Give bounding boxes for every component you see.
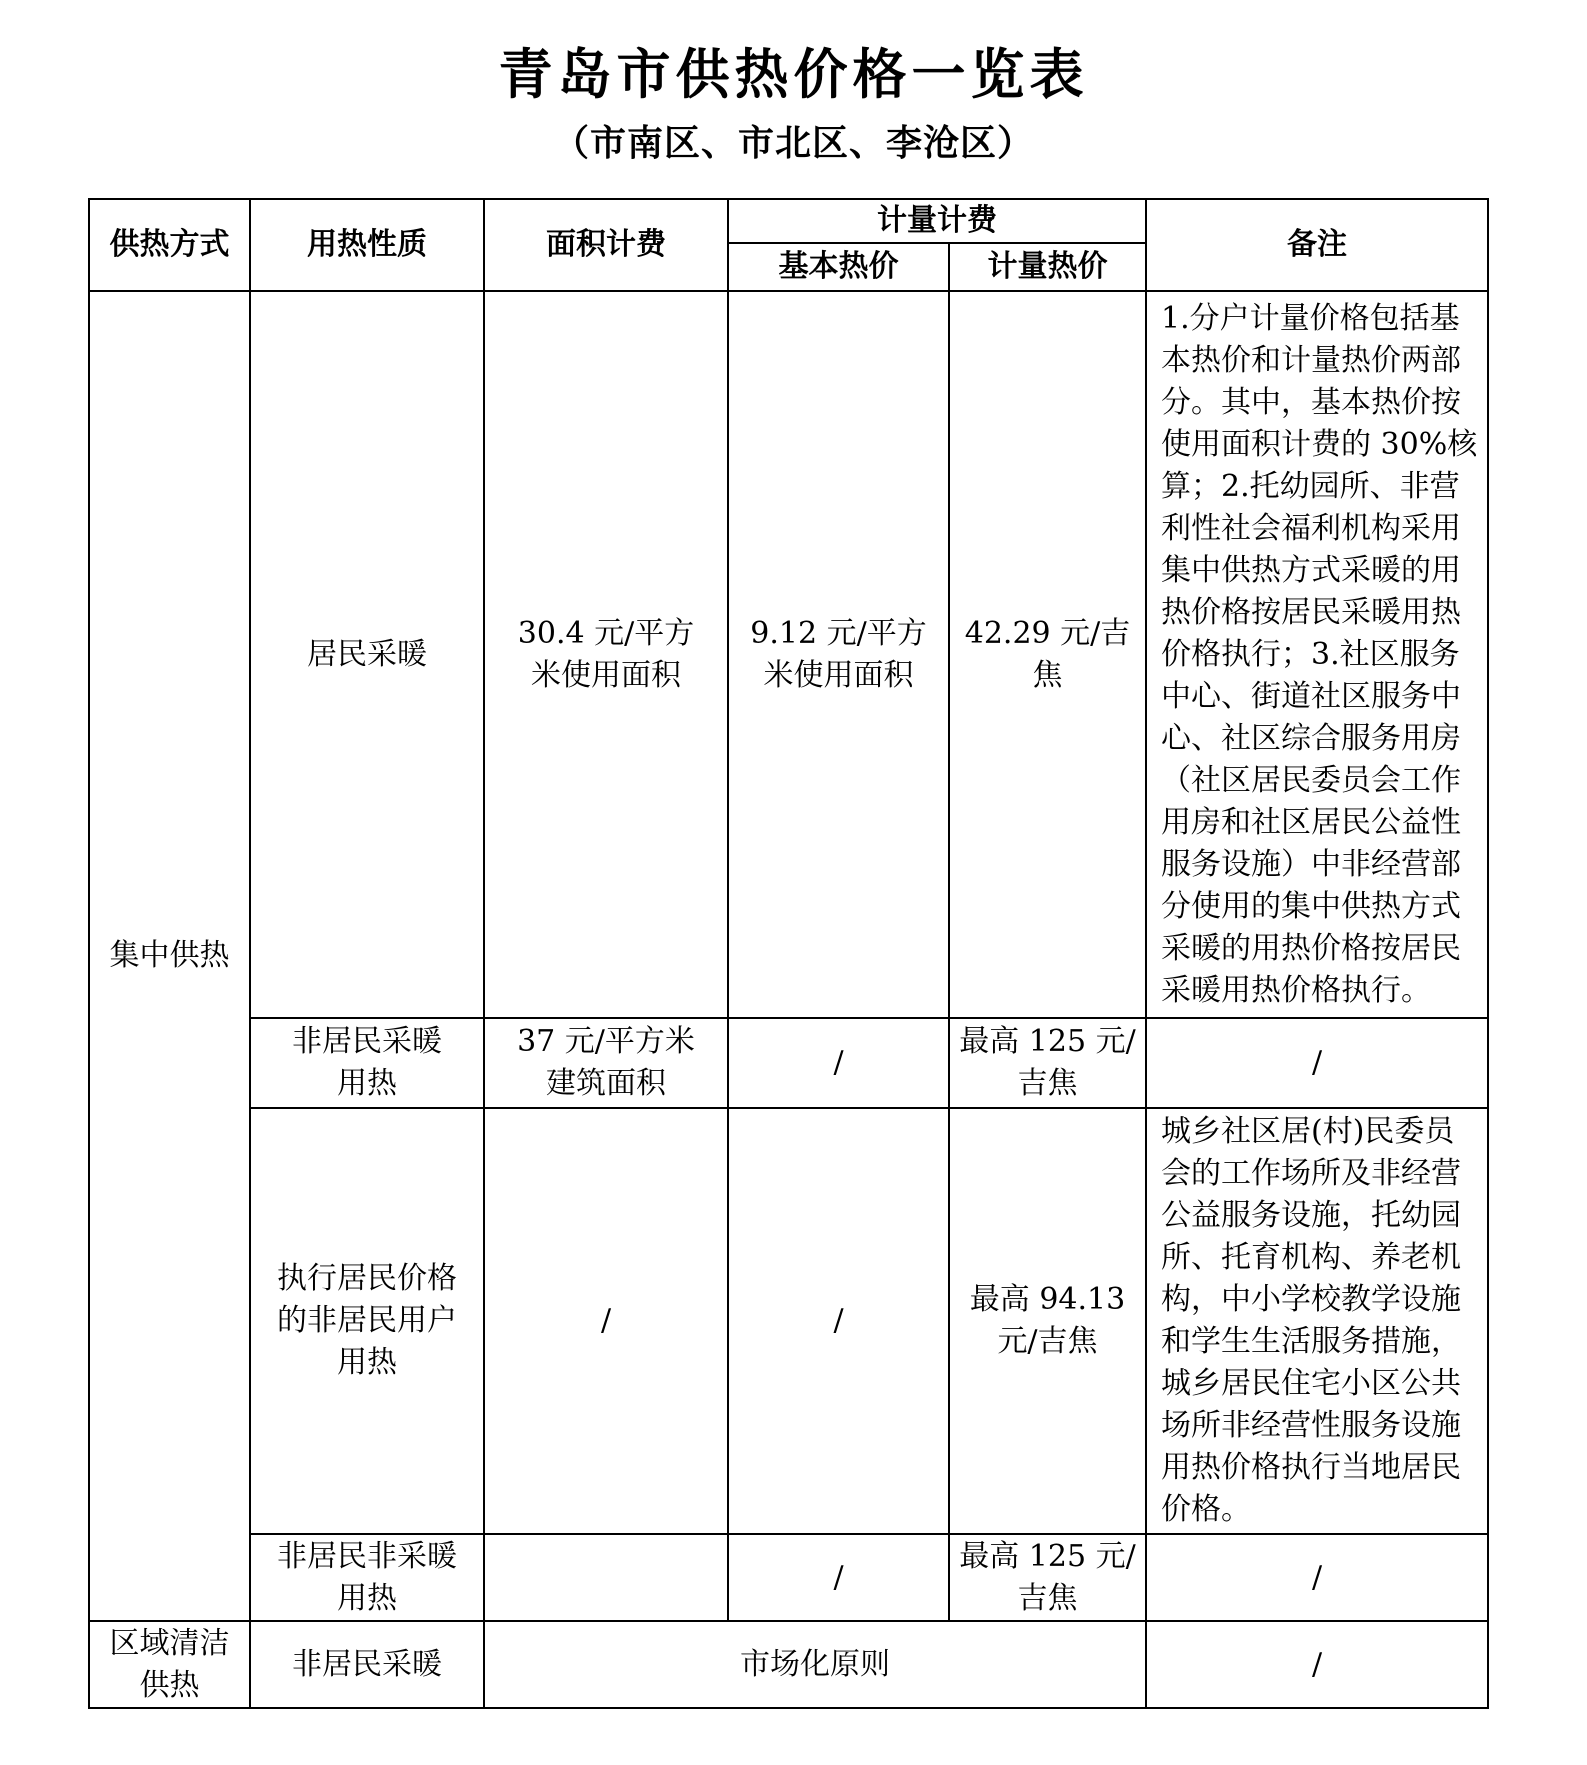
header-metered-billing: 计量计费 [728,199,1146,243]
cell-nonresidential-metered-price: 最高 125 元/ 吉焦 [949,1018,1146,1108]
cell-nonresidential-nonheating-remark: / [1146,1534,1488,1621]
cell-residential-basic-price: 9.12 元/平方 米使用面积 [728,291,949,1018]
header-remarks: 备注 [1146,199,1488,291]
cell-nonresidential-basic-price: / [728,1018,949,1108]
cell-market-principle: 市场化原则 [484,1621,1146,1708]
page-title: 青岛市供热价格一览表 [0,40,1587,108]
cell-nonresidential-nonheating-type: 非居民非采暖 用热 [250,1534,484,1621]
cell-nonresidential-remark: / [1146,1018,1488,1108]
cell-residential-priced-nonresidential-type: 执行居民价格 的非居民用户 用热 [250,1108,484,1534]
cell-residential-remark: 1.分户计量价格包括基 本热价和计量热价两部 分。其中，基本热价按 使用面积计费… [1146,291,1488,1018]
cell-nonresidential-area-price: 37 元/平方米 建筑面积 [484,1018,728,1108]
cell-district-clean-heating-type: 非居民采暖 [250,1621,484,1708]
cell-central-heating: 集中供热 [89,291,250,1621]
header-heat-use-type: 用热性质 [250,199,484,291]
header-basic-heat-price: 基本热价 [728,243,949,291]
header-supply-method: 供热方式 [89,199,250,291]
cell-nonresidential-nonheating-basic-price: / [728,1534,949,1621]
cell-residential-priced-area-price: / [484,1108,728,1534]
header-metered-heat-price: 计量热价 [949,243,1146,291]
row-residential-heating: 集中供热 居民采暖 30.4 元/平方 米使用面积 9.12 元/平方 米使用面… [89,291,1488,1018]
cell-residential-priced-remark: 城乡社区居(村)民委员 会的工作场所及非经营 公益服务设施，托幼园 所、托育机构… [1146,1108,1488,1534]
cell-residential-heating-type: 居民采暖 [250,291,484,1018]
cell-nonresidential-nonheating-area-price [484,1534,728,1621]
cell-residential-metered-price: 42.29 元/吉 焦 [949,291,1146,1018]
row-nonresidential-nonheating: 非居民非采暖 用热 / 最高 125 元/ 吉焦 / [89,1534,1488,1621]
cell-residential-priced-metered-price: 最高 94.13 元/吉焦 [949,1108,1146,1534]
cell-district-clean-remark: / [1146,1621,1488,1708]
cell-residential-priced-basic-price: / [728,1108,949,1534]
row-district-clean-heating: 区域清洁 供热 非居民采暖 市场化原则 / [89,1621,1488,1708]
cell-residential-area-price: 30.4 元/平方 米使用面积 [484,291,728,1018]
header-row-top: 供热方式 用热性质 面积计费 计量计费 备注 [89,199,1488,243]
cell-nonresidential-nonheating-metered-price: 最高 125 元/ 吉焦 [949,1534,1146,1621]
heating-price-table: 供热方式 用热性质 面积计费 计量计费 备注 基本热价 计量热价 集中供热 居民… [88,198,1489,1709]
header-area-billing: 面积计费 [484,199,728,291]
row-nonresidential-heating: 非居民采暖 用热 37 元/平方米 建筑面积 / 最高 125 元/ 吉焦 / [89,1018,1488,1108]
cell-nonresidential-heating-type: 非居民采暖 用热 [250,1018,484,1108]
row-residential-priced-nonresidential: 执行居民价格 的非居民用户 用热 / / 最高 94.13 元/吉焦 城乡社区居… [89,1108,1488,1534]
cell-district-clean-heating: 区域清洁 供热 [89,1621,250,1708]
page-subtitle: （市南区、市北区、李沧区） [0,120,1587,166]
